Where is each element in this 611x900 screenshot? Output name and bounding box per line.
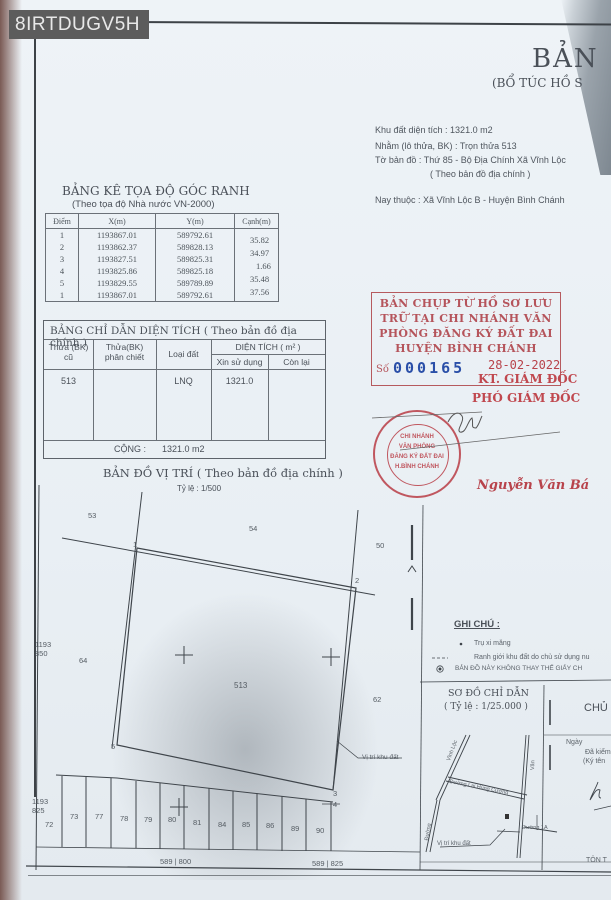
bottom-lot-label: 80	[168, 815, 176, 824]
parcel-label-62: 62	[373, 695, 381, 704]
corner-label-3: 3	[333, 789, 337, 798]
grid-label-left-lower: 1193 825	[32, 797, 48, 815]
note-item: Ranh giới khu đất do chủ sử dụng nu	[474, 654, 590, 661]
corner-label-2: 2	[355, 576, 359, 585]
corner-label-1: 1	[133, 540, 137, 549]
road-label: Đường 1A	[522, 825, 548, 831]
bottom-lot-label: 84	[218, 820, 226, 829]
right-panel-title: CHỦ	[584, 702, 608, 714]
right-panel-date-label: Ngày	[566, 739, 582, 746]
bottom-lot-label: 78	[120, 814, 128, 823]
location-map-drawing	[0, 0, 611, 900]
guide-pointer-label: Vị trí khu đất	[437, 841, 471, 847]
note-item: Trụ xi măng	[474, 640, 511, 647]
note-item: BẢN ĐỒ NÀY KHÔNG THAY THẾ GIẤY CH	[455, 665, 582, 672]
bottom-lot-label: 77	[95, 812, 103, 821]
guide-map-scale: ( Tỷ lệ : 1/25.000 )	[444, 702, 528, 712]
bottom-lot-label: 90	[316, 826, 324, 835]
bottom-lot-label: 89	[291, 824, 299, 833]
bottom-lot-label: 86	[266, 821, 274, 830]
grid-label: 1193	[35, 640, 51, 649]
road-label: Văn	[530, 760, 536, 770]
parcel-label-53: 53	[88, 511, 96, 520]
parcel-label-513: 513	[234, 681, 247, 690]
grid-label: 1193	[32, 797, 48, 806]
notes-title: GHI CHÚ :	[454, 619, 500, 630]
bottom-lot-label: 72	[45, 820, 53, 829]
parcel-label-64: 64	[79, 656, 87, 665]
grid-label: 825	[32, 806, 48, 815]
grid-label: 850	[35, 649, 51, 658]
bottom-lot-label: 73	[70, 812, 78, 821]
corner-label-5: 5	[111, 742, 115, 751]
parcel-label-54: 54	[249, 524, 257, 533]
right-panel-signed: (Ký tên	[583, 758, 605, 765]
right-panel-name: TÔN T	[586, 857, 607, 864]
grid-label-bottom-2: 589 | 825	[312, 859, 343, 868]
right-panel-checked: Đã kiểm	[585, 749, 611, 756]
corner-label-4: 4	[333, 800, 337, 809]
bottom-lot-label: 85	[242, 820, 250, 829]
pointer-label: Vị trí khu đất	[362, 754, 399, 761]
guide-map-title: SƠ ĐỒ CHỈ DẪN	[448, 688, 529, 699]
bottom-lot-label: 81	[193, 818, 201, 827]
bottom-lot-label: 79	[144, 815, 152, 824]
parcel-label-50: 50	[376, 541, 384, 550]
grid-label-bottom-1: 589 | 800	[160, 857, 191, 866]
grid-label-left-upper: 1193 850	[35, 640, 51, 658]
